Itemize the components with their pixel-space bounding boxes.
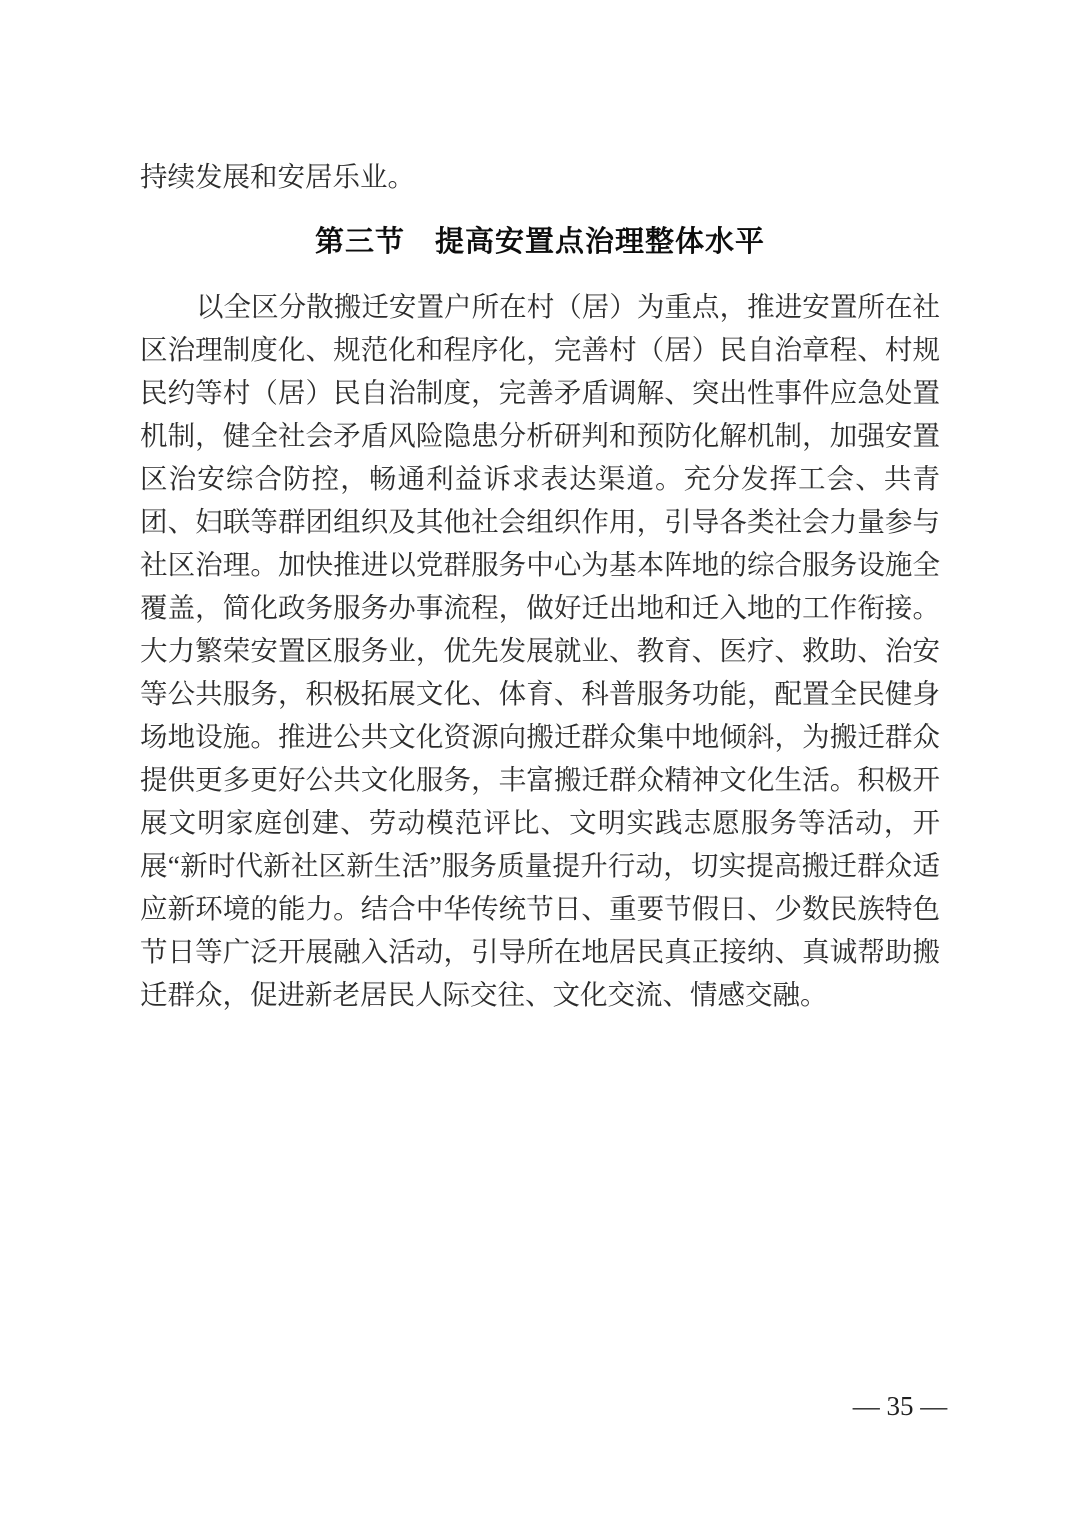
body-paragraph: 以全区分散搬迁安置户所在村（居）为重点，推进安置所在社区治理制度化、规范化和程序… xyxy=(140,285,940,1016)
section-heading: 第三节 提高安置点治理整体水平 xyxy=(140,220,940,265)
carryover-line: 持续发展和安居乐业。 xyxy=(140,155,940,198)
page-content: 持续发展和安居乐业。 第三节 提高安置点治理整体水平 以全区分散搬迁安置户所在村… xyxy=(140,155,940,1016)
document-page: 持续发展和安居乐业。 第三节 提高安置点治理整体水平 以全区分散搬迁安置户所在村… xyxy=(0,0,1074,1520)
page-number: — 35 — xyxy=(838,1389,962,1423)
